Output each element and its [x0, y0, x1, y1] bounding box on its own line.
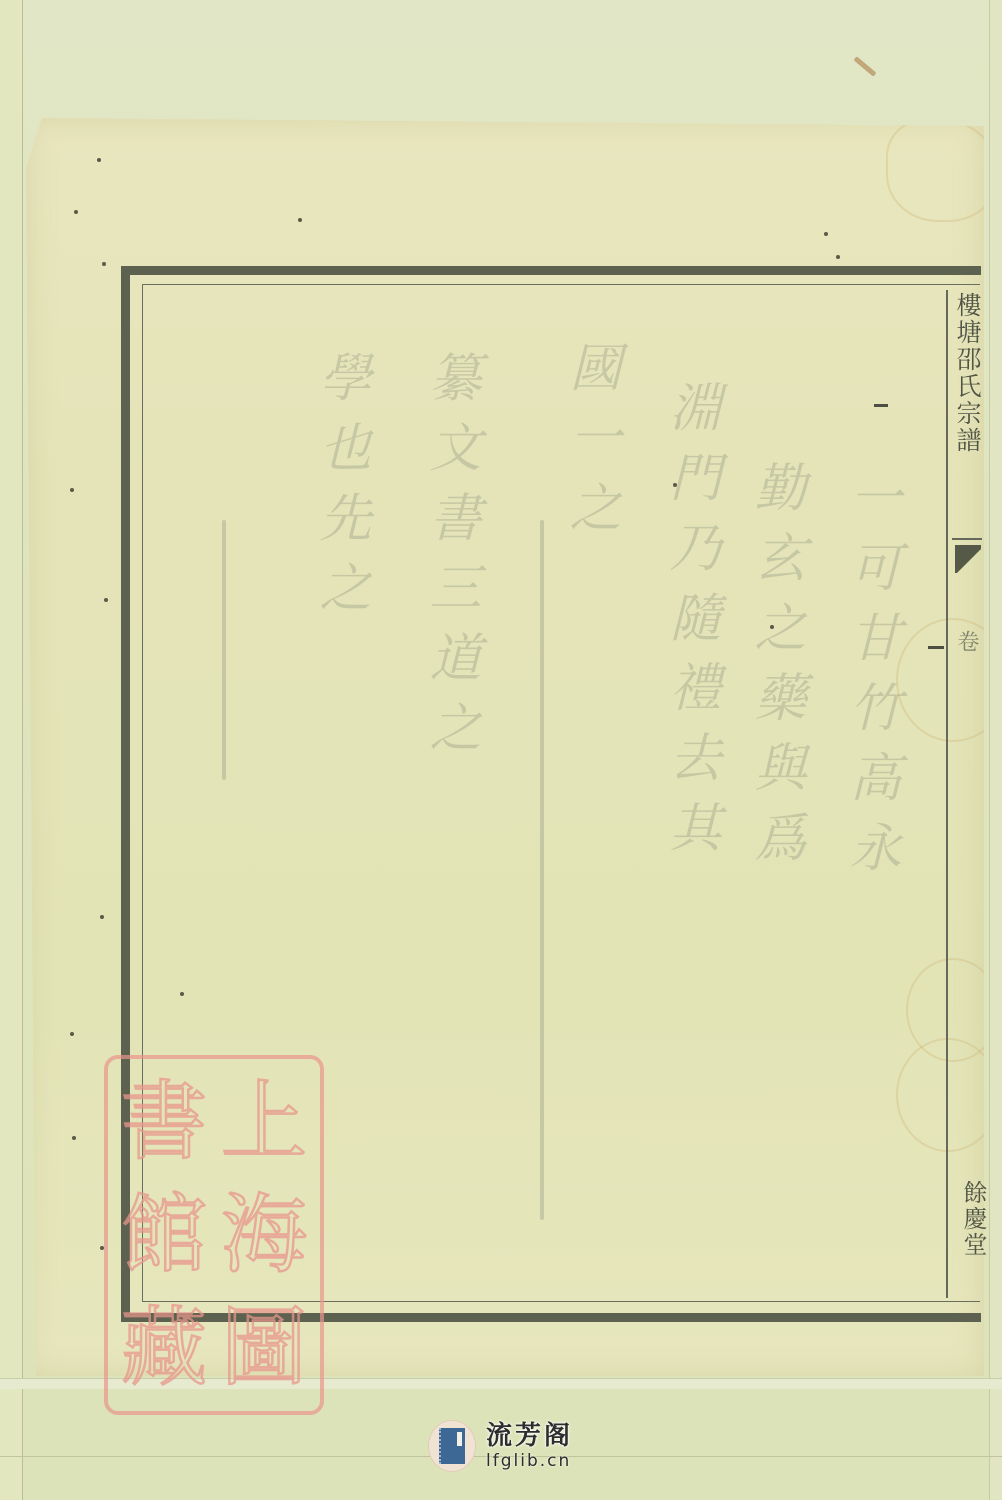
book-icon [439, 1428, 465, 1464]
site-watermark[interactable]: 流芳阁 lfglib.cn [428, 1418, 573, 1474]
speck [70, 1032, 74, 1036]
seal-character: 書 [114, 1065, 214, 1178]
seal-character: 圖 [214, 1292, 314, 1405]
speck [824, 232, 828, 236]
book-label [457, 1432, 462, 1446]
speck [673, 483, 677, 487]
speck [72, 1136, 76, 1140]
speck [836, 255, 840, 259]
seal-character: 藏 [114, 1292, 214, 1405]
ink-mark [874, 404, 888, 407]
logo-badge [428, 1420, 476, 1472]
speck [74, 210, 78, 214]
board-edge-right [989, 0, 1002, 1500]
speck [100, 915, 104, 919]
fishtail-mark [955, 545, 981, 573]
speck [180, 992, 184, 996]
ink-mark [928, 646, 944, 649]
hall-name: 餘慶堂 [958, 1180, 988, 1258]
speck [770, 625, 774, 629]
speck [298, 218, 302, 222]
speck [97, 158, 101, 162]
speck [70, 488, 74, 492]
banxin-rule [946, 290, 948, 1298]
seal-character: 上 [214, 1065, 314, 1178]
speck [104, 598, 108, 602]
seal-character: 海 [214, 1178, 314, 1291]
seal-character: 館 [114, 1178, 214, 1291]
genealogy-title: 樓塘邵氏宗譜 [952, 292, 982, 454]
site-url: lfglib.cn [486, 1451, 571, 1471]
board-edge-left [0, 0, 23, 1500]
fishtail-rule [952, 538, 982, 540]
volume-label: 卷 [956, 630, 982, 652]
speck [102, 262, 106, 266]
water-stain [886, 118, 1000, 222]
library-seal: 上 海 圖 書 館 藏 [104, 1055, 324, 1415]
site-name: 流芳阁 [486, 1421, 573, 1451]
